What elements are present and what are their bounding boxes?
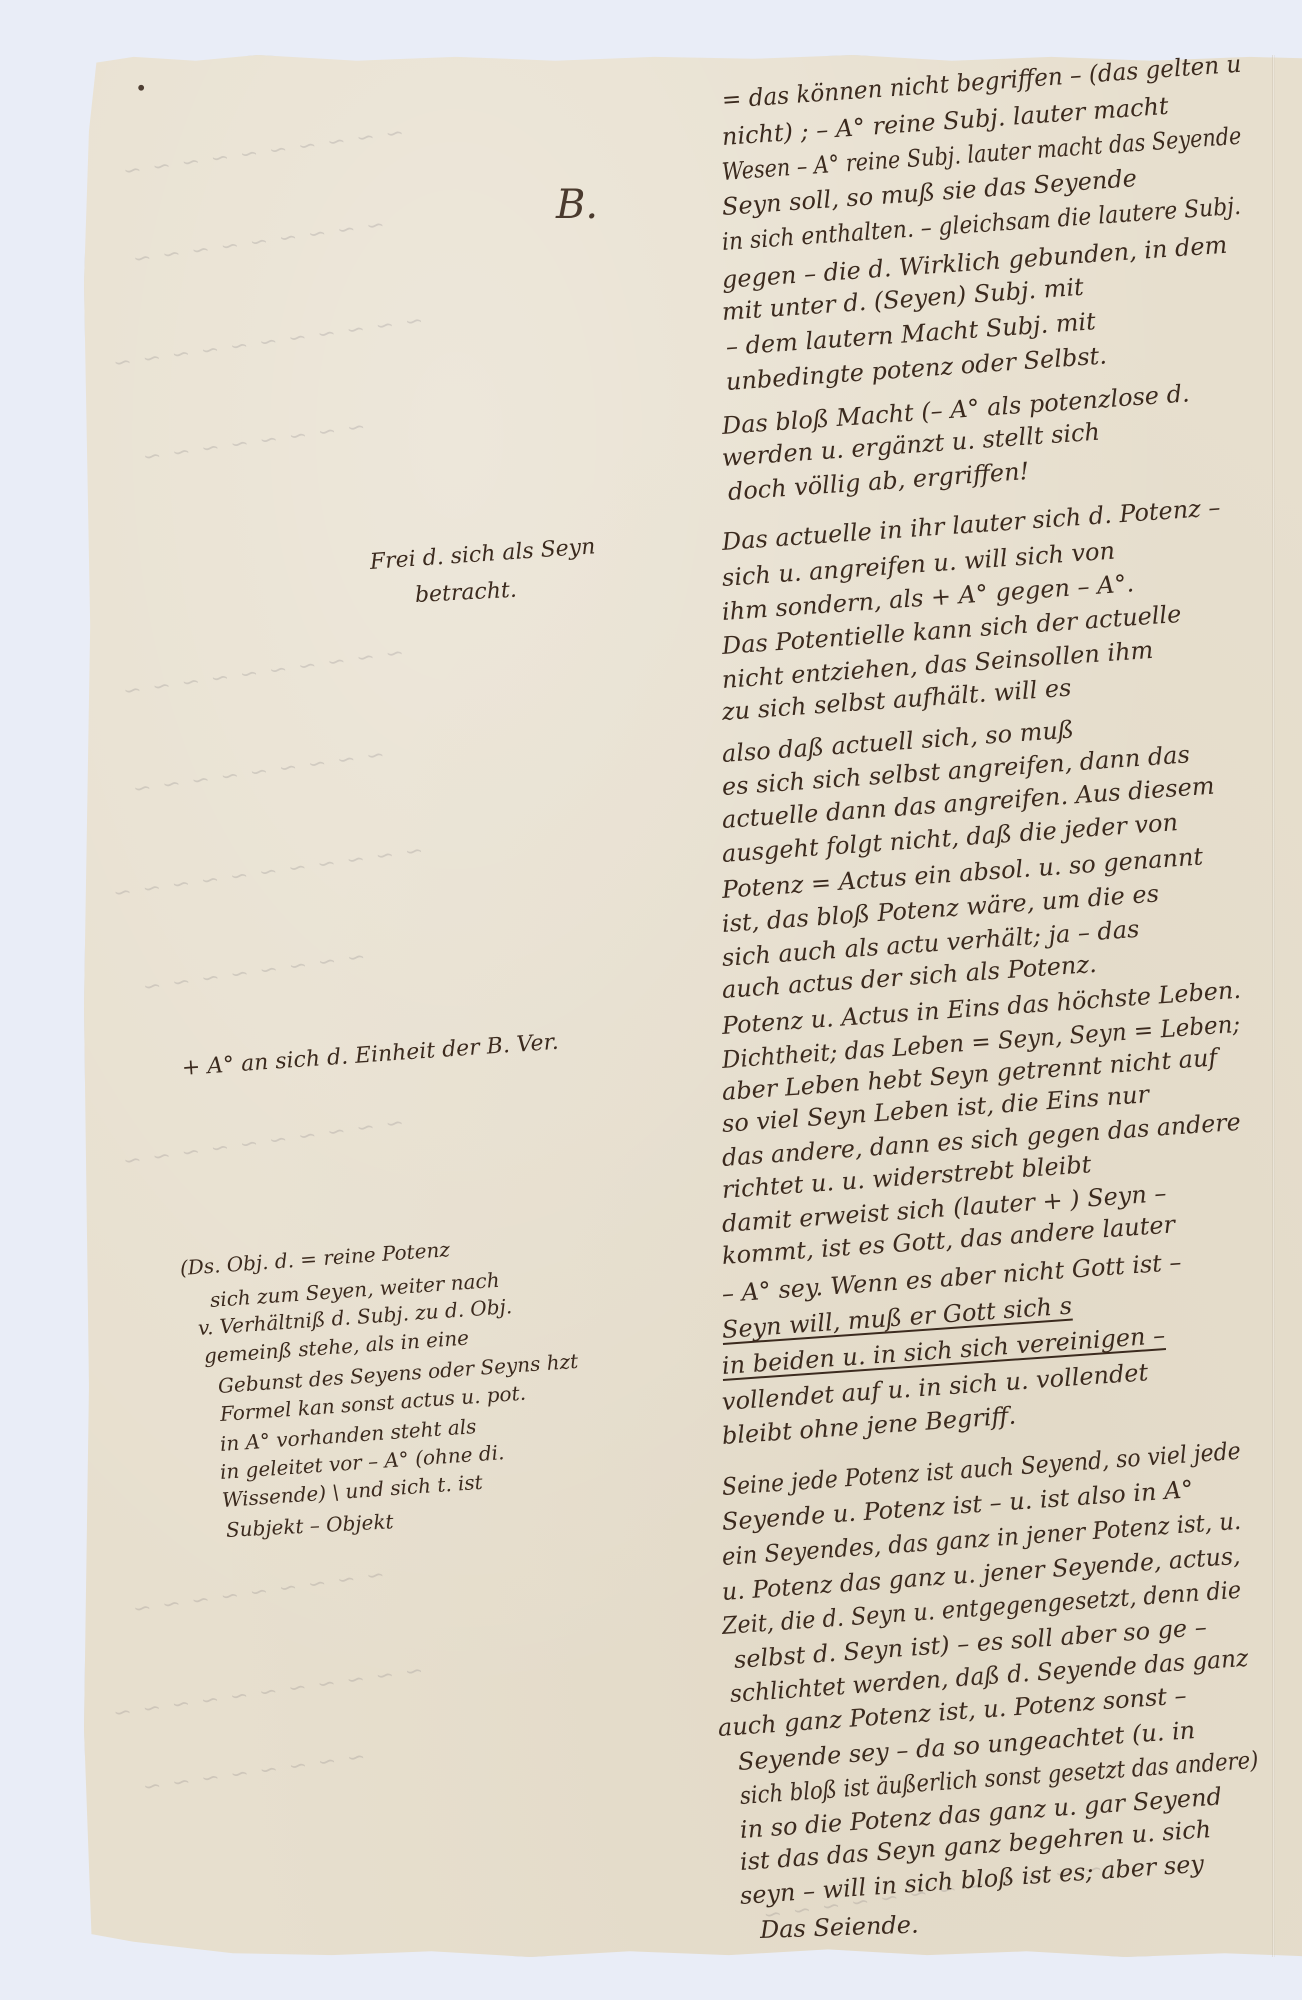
paper-fold	[1272, 55, 1275, 1957]
manuscript-scan: ~ ~ ~ ~ ~ ~ ~ ~ ~ ~ ~ ~ ~ ~ ~ ~ ~ ~ ~ ~ …	[0, 0, 1302, 2000]
text-line: Das Seiende.	[760, 1912, 919, 1942]
section-mark: B.	[556, 185, 598, 225]
margin-note-line: betracht.	[414, 580, 517, 607]
